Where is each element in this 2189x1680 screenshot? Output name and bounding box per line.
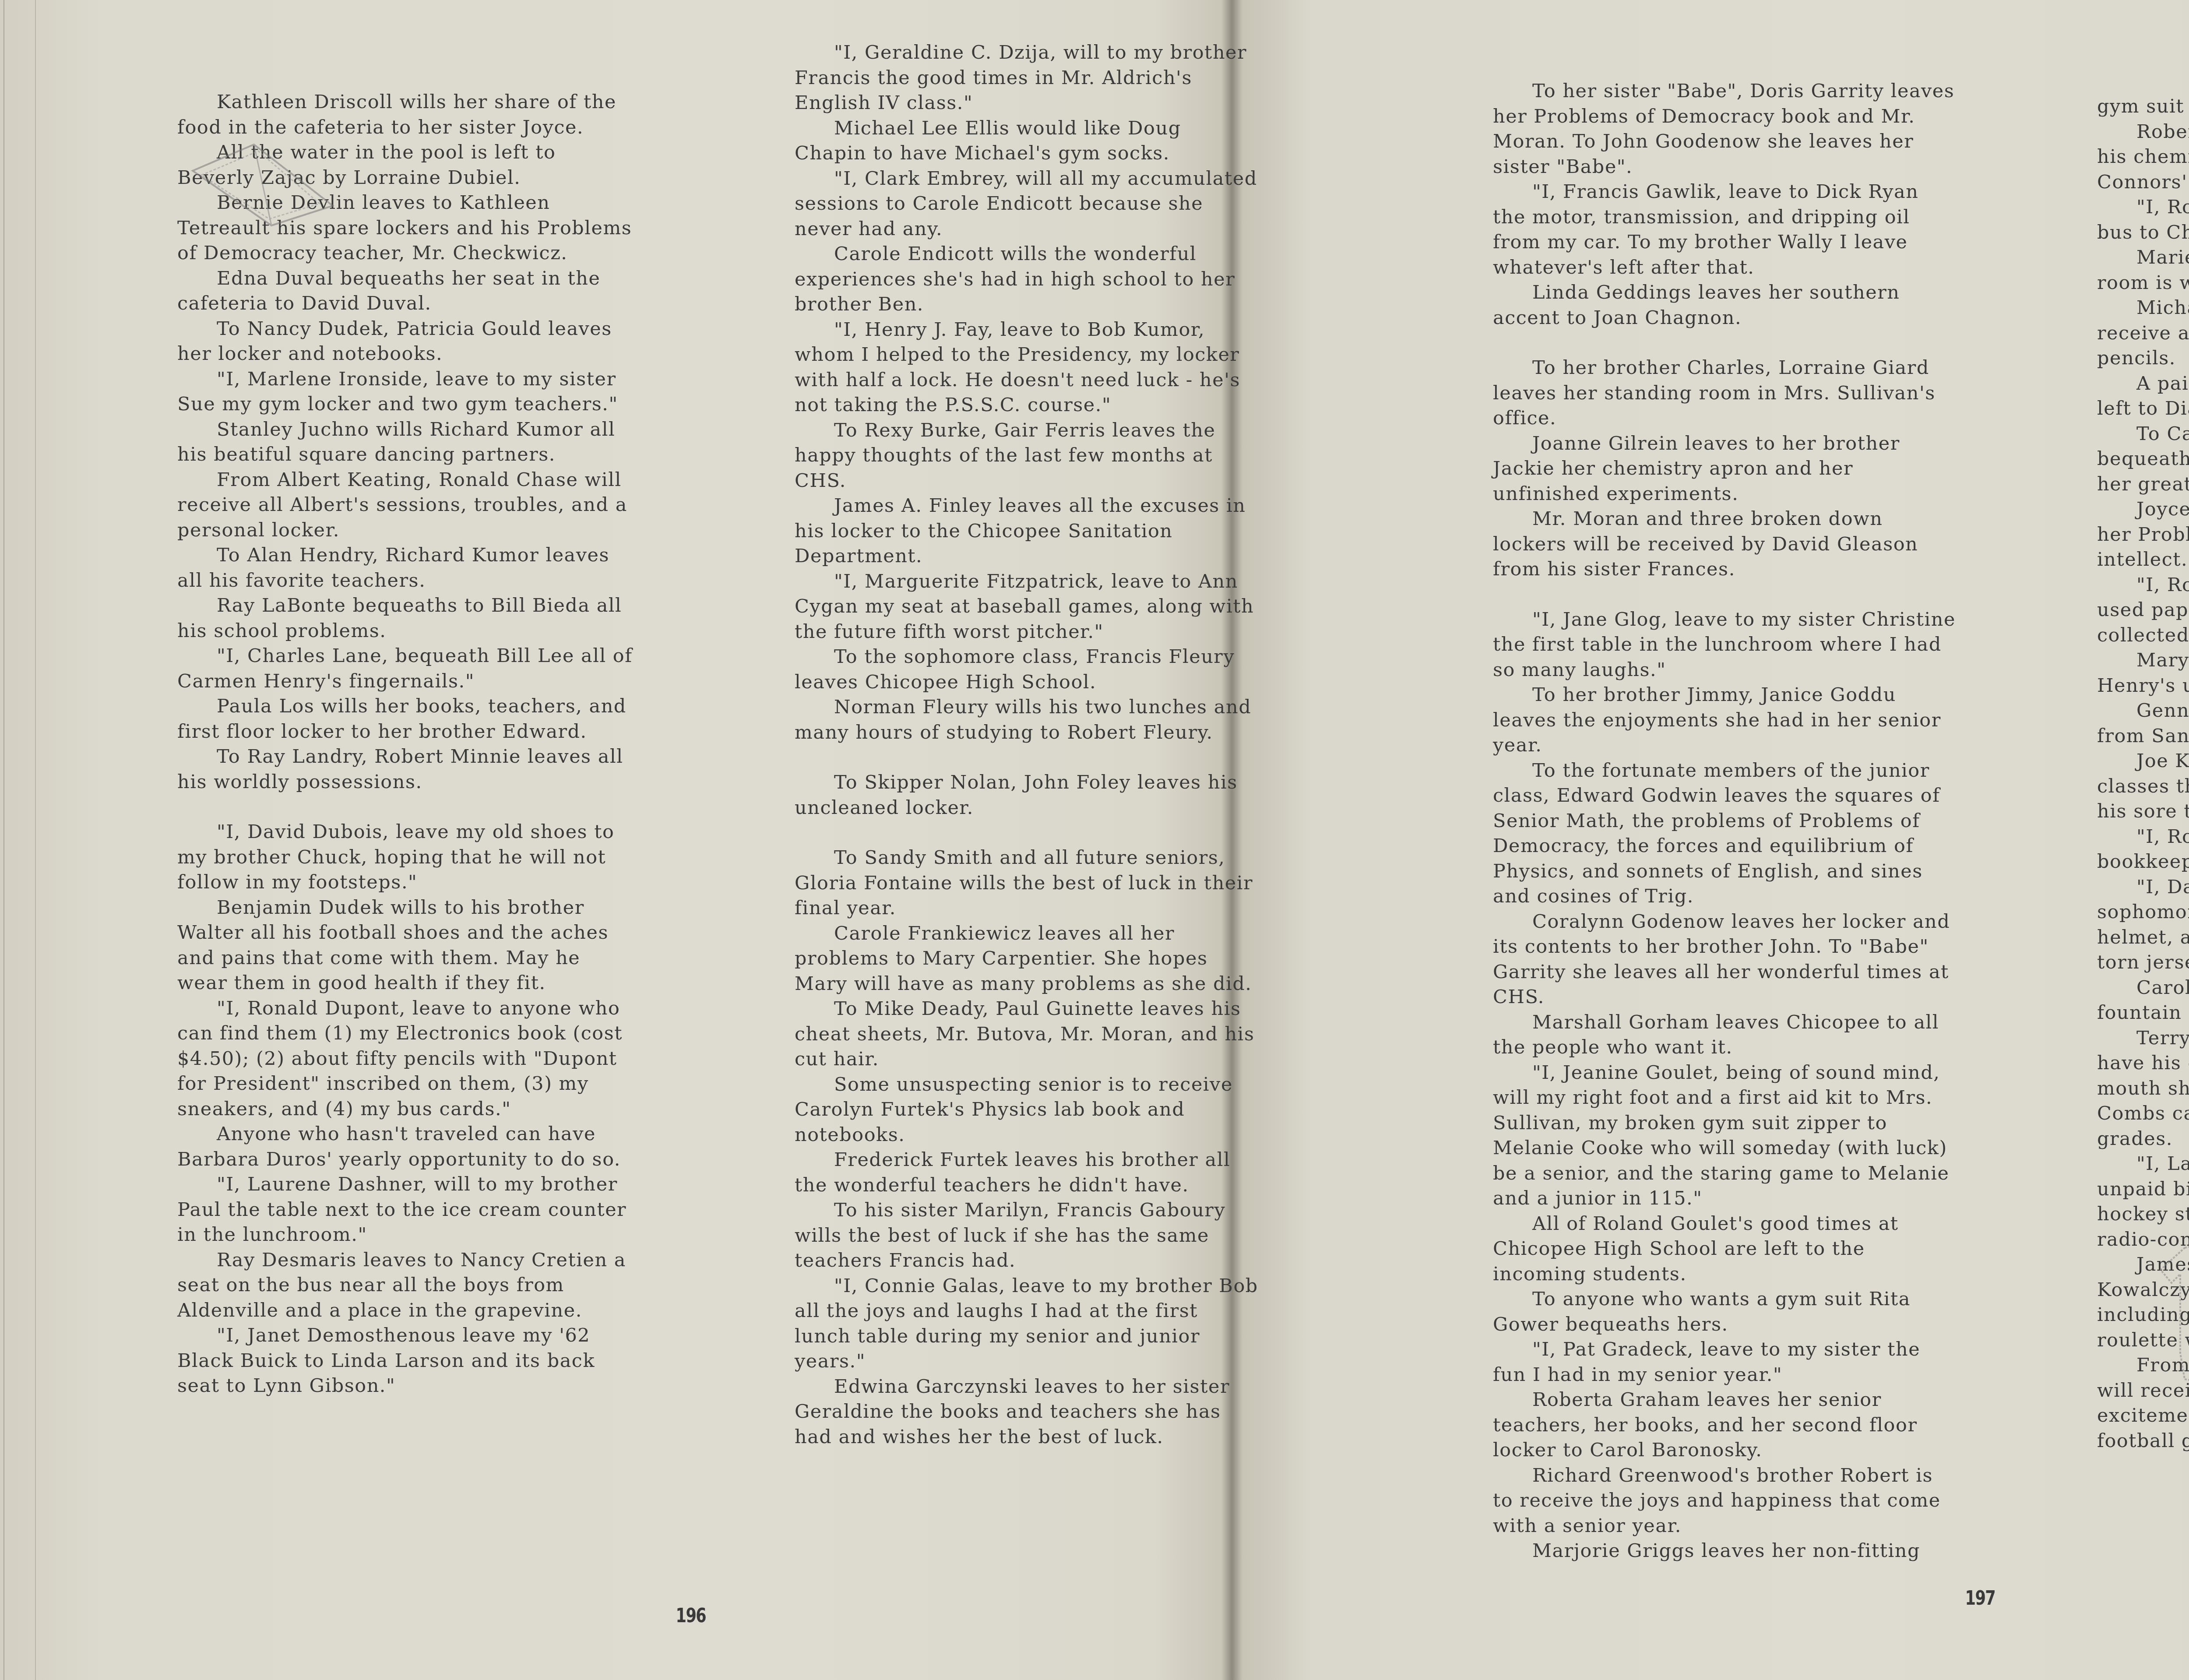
bequest-paragraph: "I, Lawrence Krusz, will to Bob Huot my … xyxy=(2097,1152,2189,1252)
bequest-paragraph: Joe Kokoszka leaves to all upcoming clas… xyxy=(2097,749,2189,824)
bequest-paragraph: Stanley Juchno wills Richard Kumor all h… xyxy=(177,417,633,468)
left-page: Kathleen Driscoll wills her share of the… xyxy=(0,0,1226,1680)
bequest-paragraph: Mr. Moran and three broken down lockers … xyxy=(1493,507,1957,582)
bequest-paragraph: To Rexy Burke, Gair Ferris leaves the ha… xyxy=(795,418,1259,494)
bequest-paragraph: "I, Francis Gawlik, leave to Dick Ryan t… xyxy=(1493,180,1957,280)
bequest-paragraph: Anyone who hasn't traveled can have Barb… xyxy=(177,1122,633,1172)
bequest-paragraph: James A. Finley leaves all the excuses i… xyxy=(795,493,1259,569)
page-number: 197 xyxy=(1965,1587,1995,1610)
bequest-paragraph: "I, Laurene Dashner, will to my brother … xyxy=(177,1172,633,1248)
bequest-paragraph: A pair of parents and the best of luck a… xyxy=(2097,371,2189,422)
bequest-paragraph: Carole Frankiewicz leaves all her proble… xyxy=(795,921,1259,997)
bequest-paragraph: "I, Ronald Kos, will Bruce Gendron my bo… xyxy=(2097,824,2189,875)
bequest-paragraph: "I, Jeanine Goulet, being of sound mind,… xyxy=(1493,1060,1957,1212)
open-book-sketch-icon xyxy=(188,140,346,228)
bequest-paragraph: To Nancy Dudek, Patricia Gould leaves he… xyxy=(177,317,633,367)
bequest-paragraph: Roberta Graham leaves her senior teacher… xyxy=(1493,1388,1957,1463)
right-page: To her sister "Babe", Doris Garrity leav… xyxy=(1313,0,2189,1680)
bequest-paragraph: "I, Robert Henault, leave Ben Dudek all … xyxy=(2097,573,2189,648)
bequest-paragraph: Frederick Furtek leaves his brother all … xyxy=(795,1148,1259,1198)
bequest-paragraph: gym suit to Carol Farrar. xyxy=(2097,94,2189,120)
bequest-paragraph: "I, Janet Demosthenous leave my '62 Blac… xyxy=(177,1323,633,1399)
bequest-paragraph: Joyce Hemm wills Carolyn Van Dyke all he… xyxy=(2097,497,2189,573)
bequest-paragraph: "I, Geraldine C. Dzija, will to my broth… xyxy=(795,40,1259,116)
bequest-paragraph: "I, David Dubois, leave my old shoes to … xyxy=(177,820,633,895)
bequest-paragraph: To her brother Charles, Lorraine Giard l… xyxy=(1493,356,1957,431)
bequest-paragraph: Linda Geddings leaves her southern accen… xyxy=(1493,280,1957,331)
page-number: 196 xyxy=(676,1605,706,1627)
bequest-paragraph: To Sandy Smith and all future seniors, G… xyxy=(795,845,1259,921)
bequest-paragraph: Marjorie Griggs leaves her non-fitting xyxy=(1493,1539,1957,1564)
bequest-paragraph: Edna Duval bequeaths her seat in the caf… xyxy=(177,266,633,317)
column-2: "I, Geraldine C. Dzija, will to my broth… xyxy=(795,40,1259,1450)
bequest-paragraph: Carole Kozub leaves the drinking fountai… xyxy=(2097,976,2189,1026)
bequest-paragraph: Ray LaBonte bequeaths to Bill Bieda all … xyxy=(177,593,633,644)
bequest-paragraph: Marie Hammond's seat in Mr. Moran's room… xyxy=(2097,245,2189,296)
bequest-paragraph: Michael Starzyk and Ray Bioleau will rec… xyxy=(2097,296,2189,371)
bequest-paragraph: Edwina Garczynski leaves to her sister G… xyxy=(795,1374,1259,1450)
bequest-paragraph: Ray Desmaris leaves to Nancy Cretien a s… xyxy=(177,1248,633,1324)
bequest-paragraph: Carole Endicott wills the wonderful expe… xyxy=(795,242,1259,317)
bequest-paragraph: "I, Ronald Dupont, leave to anyone who c… xyxy=(177,996,633,1122)
bequest-paragraph: Michael Lee Ellis would like Doug Chapin… xyxy=(795,116,1259,166)
bequest-paragraph: To his sister Marilyn, Francis Gaboury w… xyxy=(795,1198,1259,1274)
bequest-paragraph: Joanne Gilrein leaves to her brother Jac… xyxy=(1493,431,1957,507)
bequest-paragraph: Marshall Gorham leaves Chicopee to all t… xyxy=(1493,1010,1957,1060)
column-3: To her sister "Babe", Doris Garrity leav… xyxy=(1493,79,1957,1564)
bequest-paragraph: To Mike Deady, Paul Guinette leaves his … xyxy=(795,997,1259,1072)
bequest-paragraph: To her sister "Babe", Doris Garrity leav… xyxy=(1493,79,1957,180)
bequest-paragraph: "I, Charles Lane, bequeath Bill Lee all … xyxy=(177,644,633,694)
bequest-paragraph: To her brother Jimmy, Janice Goddu leave… xyxy=(1493,683,1957,758)
bequest-paragraph: Kathleen Driscoll wills her share of the… xyxy=(177,90,633,140)
bequest-paragraph: Terry Krause says that Vickie Davis can … xyxy=(2097,1026,2189,1152)
yearbook-spread: Kathleen Driscoll wills her share of the… xyxy=(0,0,2189,1680)
bequest-paragraph: Paula Los wills her books, teachers, and… xyxy=(177,694,633,744)
bequest-paragraph: "I, Clark Embrey, will all my accumulate… xyxy=(795,166,1259,242)
bequest-paragraph: To anyone who wants a gym suit Rita Gowe… xyxy=(1493,1287,1957,1337)
jersey-sketch-icon xyxy=(2158,1243,2189,1388)
bequest-paragraph: All of Roland Goulet's good times at Chi… xyxy=(1493,1212,1957,1287)
bequest-paragraph: To the fortunate members of the junior c… xyxy=(1493,758,1957,909)
bequest-paragraph: "I, Marlene Ironside, leave to my sister… xyxy=(177,367,633,417)
bequest-paragraph: "I, Pat Gradeck, leave to my sister the … xyxy=(1493,1337,1957,1388)
bequest-paragraph: "I, Marguerite Fitzpatrick, leave to Ann… xyxy=(795,569,1259,645)
bequest-paragraph: "I, Henry J. Fay, leave to Bob Kumor, wh… xyxy=(795,317,1259,418)
bequest-paragraph: To Alan Hendry, Richard Kumor leaves all… xyxy=(177,543,633,593)
bequest-paragraph: To Skipper Nolan, John Foley leaves his … xyxy=(795,770,1259,821)
bequest-paragraph: To the sophomore class, Francis Fleury l… xyxy=(795,645,1259,695)
bequest-paragraph: Some unsuspecting senior is to receive C… xyxy=(795,1072,1259,1148)
bequest-paragraph: "I, Robert Hamel, leave my seat on the b… xyxy=(2097,195,2189,245)
column-1: Kathleen Driscoll wills her share of the… xyxy=(177,90,633,1399)
bequest-paragraph: To Cathy Holladay, Cindy Hebert bequeath… xyxy=(2097,422,2189,497)
bequest-paragraph: Norman Fleury wills his two lunches and … xyxy=(795,695,1259,745)
bequest-paragraph: Richard Greenwood's brother Robert is to… xyxy=(1493,1463,1957,1539)
bequest-paragraph: "I, David Kowalczyk, leave to the sophom… xyxy=(2097,875,2189,976)
bequest-paragraph: "I, Jane Glog, leave to my sister Christ… xyxy=(1493,607,1957,683)
bequest-paragraph: "I, Connie Galas, leave to my brother Bo… xyxy=(795,1274,1259,1374)
bequest-paragraph: From Albert Keating, Ronald Chase will r… xyxy=(177,468,633,543)
bequest-paragraph: Mary Lou Griffin will receive all of Avi… xyxy=(2097,648,2189,698)
bequest-paragraph: Coralynn Godenow leaves her locker and i… xyxy=(1493,909,1957,1010)
bequest-paragraph: To Ray Landry, Robert Minnie leaves all … xyxy=(177,744,633,795)
bequest-paragraph: Benjamin Dudek wills to his brother Walt… xyxy=(177,895,633,996)
bequest-paragraph: Robert Grusczynski leaves to Cas Witaliz… xyxy=(2097,120,2189,195)
bequest-paragraph: Genny Henry bequeaths all her letters fr… xyxy=(2097,698,2189,749)
